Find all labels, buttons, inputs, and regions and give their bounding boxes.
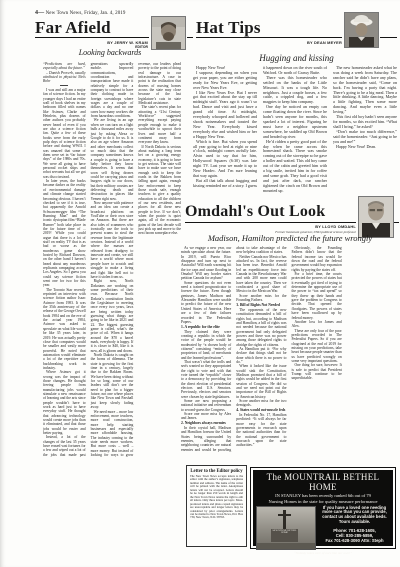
ad-tagline: “Nobody takes care of ours like our own!… — [256, 551, 390, 555]
article-paragraph: If North Dakota is serious about making … — [138, 145, 181, 236]
article-paragraph: “Don’t make too much difference,” said t… — [333, 130, 397, 145]
cross-icon-arm — [278, 514, 291, 516]
ad-title: The MOUNTRAIL BETHEL HOME — [256, 472, 390, 492]
bethel-home-sign: MOUNTRAIL BETHEL HOME — [271, 529, 298, 542]
article-paragraph: Where Asimov got it wrong was the impact… — [43, 370, 86, 435]
article-paragraph: When it looked like the issue would sink… — [236, 364, 286, 399]
masthead-text: New Town News, Friday, Jan. 4, 2019 — [46, 11, 126, 16]
ad-pitch-text: If you have a loved one needing more car… — [319, 506, 390, 526]
far-afield-title: Far Afield — [35, 18, 111, 38]
article-paragraph: Some questions do not even need a traine… — [181, 281, 231, 324]
hat-tips-headline: Hugging and kissing — [196, 53, 397, 63]
article-subhead: 3. Bill of Rights Not Needed — [236, 303, 286, 307]
quote-divider — [60, 85, 68, 86]
omdahl-byline: BY LLOYD OMDAHL — [200, 224, 356, 229]
letter-policy-box: Letter to the Editor policy The New Town… — [186, 465, 247, 547]
article-paragraph: I was and still am a major fan of scienc… — [43, 88, 86, 179]
article-paragraph: The new homesteader asked what he was do… — [333, 66, 397, 115]
article-paragraph: The opponents of the new constitution de… — [236, 308, 286, 347]
article-paragraph: I suppose, depending on when you get you… — [193, 71, 257, 91]
ad-subtitle-line2: Nursing Homes in the state for quality m… — [256, 499, 390, 504]
omdahl-article-body: As we engage a new year, our minds specu… — [181, 246, 397, 454]
article-subhead: 2. Neighbors always enemies — [181, 421, 231, 425]
article-paragraph: He’d ridden a pretty good part of the da… — [263, 140, 327, 194]
letter-policy-title: Letter to the Editor policy — [190, 469, 243, 474]
article-paragraph: Score one more miss by Alex and James. — [181, 412, 231, 421]
page-number: 4— — [35, 10, 44, 16]
jerry-kram-portrait-art — [152, 17, 185, 49]
ad-content-row: MOUNTRAIL BETHEL HOME If you have a love… — [256, 506, 390, 550]
article-paragraph: As Hamilton put it: “For why declare tha… — [236, 347, 286, 364]
bethel-home-building-photo: MOUNTRAIL BETHEL HOME — [256, 506, 316, 550]
newspaper-page: 4— New Town News, Friday, Jan. 4, 2019 F… — [0, 0, 400, 567]
bethel-home-ad-inner: The MOUNTRAIL BETHEL HOME IN STANLEY has… — [253, 470, 393, 546]
article-paragraph: Now anyone with patience and an idea can… — [91, 201, 134, 279]
article-paragraph: They claimed they were creating a republ… — [181, 330, 231, 360]
far-afield-rule-dash — [187, 37, 193, 38]
far-afield-rule — [35, 37, 149, 38]
omdahl-rule — [185, 222, 356, 223]
article-subhead: 1. A republic for the elite — [181, 325, 231, 329]
omdahl-byline-name: BY LLOYD OMDAHL — [200, 224, 356, 229]
ad-contact-lines: Phone: 701-628-1605, Cell: 830-285-5859,… — [319, 528, 390, 543]
article-paragraph: Another loss for James and Alex. — [292, 320, 342, 329]
article-paragraph: Which is fine. But when you spend all ye… — [193, 140, 257, 179]
bethel-home-ad: The MOUNTRAIL BETHEL HOME IN STANLEY has… — [250, 467, 396, 549]
far-afield-headline: Looking backwards — [38, 48, 182, 57]
article-paragraph: Obviously, the Founding Fathers didn’t k… — [292, 246, 342, 272]
article-paragraph: Happy New Year! Dean. — [333, 145, 397, 150]
jerry-kram-photo — [151, 16, 186, 50]
omdahl-rule-dash — [394, 222, 399, 223]
ad-subtitle-line1: IN STANLEY has been recently ranked 6th … — [256, 493, 390, 498]
article-paragraph: The Toronto Star recently reprinted an i… — [43, 288, 86, 371]
article-paragraph: This first old boy hadn’t seen anyone fo… — [333, 115, 397, 130]
article-paragraph: Score another miss for the two demigods. — [236, 399, 286, 408]
article-paragraph: One day he noticed an empty can come flo… — [263, 105, 327, 139]
article-paragraph: Neither Canada nor Mexico has attacked u… — [236, 255, 286, 294]
dean-meyer-photo — [344, 12, 379, 48]
omdahl-headline: Madison, Hamilton predicted the future w… — [183, 233, 397, 243]
hat-tips-byline: BY DEAN MEYER — [242, 40, 342, 45]
article-paragraph: There was this homesteader who settled o… — [263, 76, 327, 105]
photo-ground — [257, 543, 315, 549]
article-paragraph: Score another miss for the Founding Fath… — [236, 294, 286, 303]
article-paragraph: North Dakota is caught on the horns of d… — [91, 353, 134, 409]
article-paragraph: In later years, the books became darker … — [43, 179, 86, 288]
article-paragraph: For a brief time, the courts protected t… — [292, 272, 342, 320]
article-paragraph: In Federalist No. 17, Hamilton predicted… — [236, 413, 286, 448]
article-paragraph: That wasn’t what the trolls and serfs wa… — [181, 360, 231, 399]
hat-tips-rule-dash — [380, 37, 397, 38]
article-paragraph: Some are now proposing a national initia… — [181, 399, 231, 412]
hat-tips-article-body: Happy New Year!I suppose, depending on w… — [193, 66, 397, 196]
letter-policy-text: The New Town News accepts letters to the… — [190, 475, 243, 520]
article-paragraph: These are only four of the poor predicti… — [292, 329, 342, 364]
article-paragraph: The state’s recent plan for attracting a… — [138, 105, 181, 144]
article-subhead: 4. States would out-muscle feds — [236, 408, 286, 412]
hat-tips-rule — [196, 37, 342, 38]
article-paragraph: As we engage a new year, our minds specu… — [181, 246, 231, 281]
omdahl-title: Omdahl's Out Look — [185, 203, 325, 221]
article-paragraph: I like New Years Eve. But I never got th… — [193, 91, 257, 140]
article-paragraph: – Danish Proverb, usually attributed to … — [43, 71, 86, 84]
hat-tips-title: Hat Tips — [196, 18, 261, 38]
article-paragraph: “Predictions are hard, especially about … — [43, 62, 86, 71]
lloyd-omdahl-portrait-art — [359, 197, 393, 237]
ad-text-column: If you have a loved one needing more car… — [316, 506, 390, 550]
hat-tips-byline-name: BY DEAN MEYER — [242, 40, 342, 45]
page-header: 4— New Town News, Friday, Jan. 4, 2019 — [35, 10, 126, 16]
dean-meyer-portrait-art — [345, 13, 378, 47]
article-paragraph: Right now, North Dakotans are working on… — [91, 279, 134, 353]
ad-fax: Fax 701-628-3090 Attn: Steph — [319, 538, 390, 543]
article-paragraph: One thing for sure, however: It is safe … — [292, 363, 342, 380]
far-afield-article-body: “Predictions are hard, especially about … — [43, 62, 181, 461]
article-paragraph: We are living in an age when we can turn… — [91, 118, 134, 201]
